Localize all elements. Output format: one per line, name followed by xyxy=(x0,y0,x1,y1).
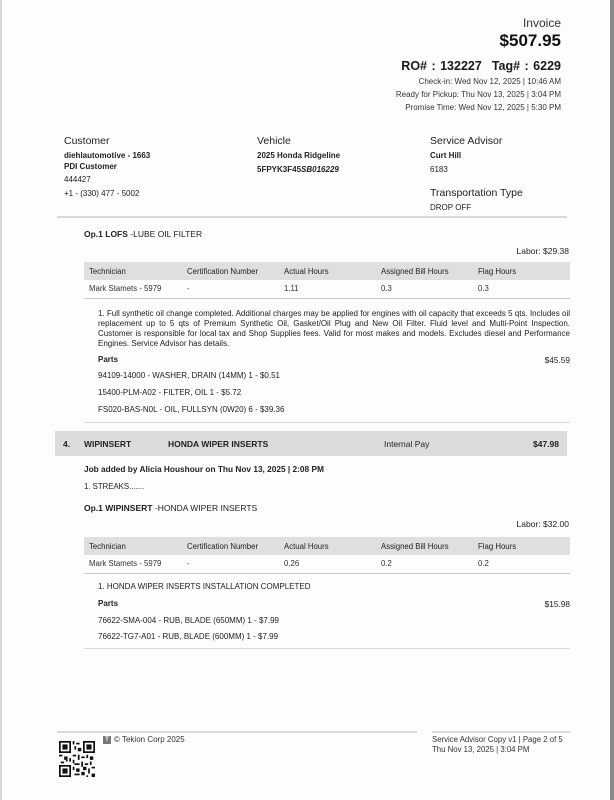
col-certification-number: Certification Number xyxy=(182,537,279,555)
table-header-row: Technician Certification Number Actual H… xyxy=(84,537,570,555)
copy-page-info: Service Advisor Copy v1 | Page 2 of 5 xyxy=(432,735,563,745)
invoice-title: Invoice xyxy=(396,16,561,30)
job4-op-name: -HONDA WIPER INSERTS xyxy=(155,503,257,513)
op1-description: 1. Full synthetic oil change completed. … xyxy=(98,309,570,349)
footer-copyright: T © Tekion Corp 2025 xyxy=(103,735,185,744)
job-number: 4. xyxy=(63,439,70,449)
col-actual-hours: Actual Hours xyxy=(279,262,376,280)
scan-edge-left xyxy=(0,0,2,800)
footer-page-info: Service Advisor Copy v1 | Page 2 of 5 Th… xyxy=(432,735,563,755)
customer-name: diehlautomotive - 1663 xyxy=(64,151,150,162)
footer-divider-right xyxy=(432,731,570,733)
tekion-logo-icon: T xyxy=(103,736,111,744)
col-spacer xyxy=(540,262,570,280)
table-row: Mark Stamets - 5979 - 1.11 0.3 0.3 xyxy=(84,280,570,298)
cell-flag-hours: 0.2 xyxy=(473,555,540,573)
vehicle-section: Vehicle 2025 Honda Ridgeline 5FPYK3F45SB… xyxy=(257,135,340,175)
qr-code-icon xyxy=(59,741,95,777)
job4-op-title: Op.1 WIPINSERT -HONDA WIPER INSERTS xyxy=(84,503,257,513)
col-flag-hours: Flag Hours xyxy=(473,262,540,280)
customer-id: 444427 xyxy=(64,175,150,186)
op1-parts-label: Parts xyxy=(98,355,570,364)
op1-code: Op.1 LOFS xyxy=(84,229,128,239)
job-pay-type: Internal Pay xyxy=(384,439,429,449)
col-technician: Technician xyxy=(84,262,182,280)
col-flag-hours: Flag Hours xyxy=(473,537,540,555)
cell-assigned-bill-hours: 0.2 xyxy=(376,555,473,573)
ready-for-pickup-time: Ready for Pickup: Thu Nov 13, 2025 | 3:0… xyxy=(396,90,561,99)
customer-type: PDI Customer xyxy=(64,162,150,173)
op1-name: -LUBE OIL FILTER xyxy=(130,229,202,239)
col-technician: Technician xyxy=(84,537,182,555)
op1-divider xyxy=(84,422,570,423)
section-divider xyxy=(57,216,567,218)
job4-op-code: Op.1 WIPINSERT xyxy=(84,503,152,513)
job-amount: $47.98 xyxy=(533,439,559,449)
ro-number: RO# : 132227 xyxy=(401,59,482,73)
job4-parts-label: Parts xyxy=(98,599,570,608)
op1-labor: Labor: $29.38 xyxy=(517,246,569,256)
col-spacer xyxy=(540,537,570,555)
service-advisor-id: 6183 xyxy=(430,165,523,176)
tag-number: Tag# : 6229 xyxy=(492,59,561,73)
check-in-time: Check-in: Wed Nov 12, 2025 | 10:46 AM xyxy=(396,77,561,86)
job-4-header: 4. WIPINSERT HONDA WIPER INSERTS Interna… xyxy=(55,431,567,456)
col-assigned-bill-hours: Assigned Bill Hours xyxy=(376,537,473,555)
table-header-row: Technician Certification Number Actual H… xyxy=(84,262,570,280)
vin-prefix: 5FPYK3F45 xyxy=(257,165,301,174)
vin-suffix: SB016229 xyxy=(301,165,339,174)
customer-phone: +1 - (330) 477 - 5002 xyxy=(64,189,150,200)
job-added-by: Job added by Alicia Houshour on Thu Nov … xyxy=(84,464,324,474)
job4-divider xyxy=(84,648,570,649)
cell-flag-hours: 0.3 xyxy=(473,280,540,298)
ro-tag-line: RO# : 132227Tag# : 6229 xyxy=(396,59,561,73)
service-advisor-section: Service Advisor Curt Hill 6183 Transport… xyxy=(430,135,523,214)
service-advisor-name: Curt Hill xyxy=(430,151,523,162)
job-name: HONDA WIPER INSERTS xyxy=(168,439,268,449)
op1-parts-total: $45.59 xyxy=(545,355,570,365)
cell-certification: - xyxy=(182,555,279,573)
job-code: WIPINSERT xyxy=(84,439,131,449)
vehicle-vin: 5FPYK3F45SB016229 xyxy=(257,165,340,176)
copyright-text: © Tekion Corp 2025 xyxy=(114,735,185,744)
job4-labor: Labor: $32.00 xyxy=(517,519,569,529)
invoice-page: Invoice $507.95 RO# : 132227Tag# : 6229 … xyxy=(0,0,614,800)
part-item: 76622-TG7-A01 - RUB, BLADE (600MM) 1 - $… xyxy=(98,632,278,641)
op1-technician-table: Technician Certification Number Actual H… xyxy=(84,262,570,299)
invoice-total: $507.95 xyxy=(396,31,561,51)
promise-time: Promise Time: Wed Nov 12, 2025 | 5:30 PM xyxy=(396,103,561,112)
col-certification-number: Certification Number xyxy=(182,262,279,280)
transportation-type-label: Transportation Type xyxy=(430,187,523,199)
part-item: FS020-BAS-N0L - OIL, FULLSYN (0W20) 6 - … xyxy=(98,405,284,414)
transportation-type-value: DROP OFF xyxy=(430,203,523,214)
col-assigned-bill-hours: Assigned Bill Hours xyxy=(376,262,473,280)
op1-title: Op.1 LOFS -LUBE OIL FILTER xyxy=(84,229,202,239)
vehicle-description: 2025 Honda Ridgeline xyxy=(257,151,340,162)
part-item: 15400-PLM-A02 - FILTER, OIL 1 - $5.72 xyxy=(98,388,241,397)
cell-certification: - xyxy=(182,280,279,298)
cell-technician: Mark Stamets - 5979 xyxy=(84,280,182,298)
invoice-header: Invoice $507.95 RO# : 132227Tag# : 6229 … xyxy=(396,16,561,112)
scan-edge-right xyxy=(610,0,614,800)
job4-technician-table: Technician Certification Number Actual H… xyxy=(84,537,570,574)
cell-assigned-bill-hours: 0.3 xyxy=(376,280,473,298)
cell-actual-hours: 1.11 xyxy=(279,280,376,298)
job4-description: 1. HONDA WIPER INSERTS INSTALLATION COMP… xyxy=(98,582,570,592)
vehicle-label: Vehicle xyxy=(257,135,340,147)
printed-timestamp: Thu Nov 13, 2025 | 3:04 PM xyxy=(432,745,563,755)
job4-parts-total: $15.98 xyxy=(545,599,570,609)
table-row: Mark Stamets - 5979 - 0.26 0.2 0.2 xyxy=(84,555,570,573)
footer-divider-left xyxy=(57,731,417,733)
col-actual-hours: Actual Hours xyxy=(279,537,376,555)
part-item: 76622-SMA-004 - RUB, BLADE (650MM) 1 - $… xyxy=(98,616,279,625)
customer-label: Customer xyxy=(64,135,150,147)
cell-technician: Mark Stamets - 5979 xyxy=(84,555,182,573)
service-advisor-label: Service Advisor xyxy=(430,135,523,147)
customer-section: Customer diehlautomotive - 1663 PDI Cust… xyxy=(64,135,150,199)
job-concern: 1. STREAKS....... xyxy=(84,482,144,491)
cell-actual-hours: 0.26 xyxy=(279,555,376,573)
part-item: 94109-14000 - WASHER, DRAIN (14MM) 1 - $… xyxy=(98,371,280,380)
